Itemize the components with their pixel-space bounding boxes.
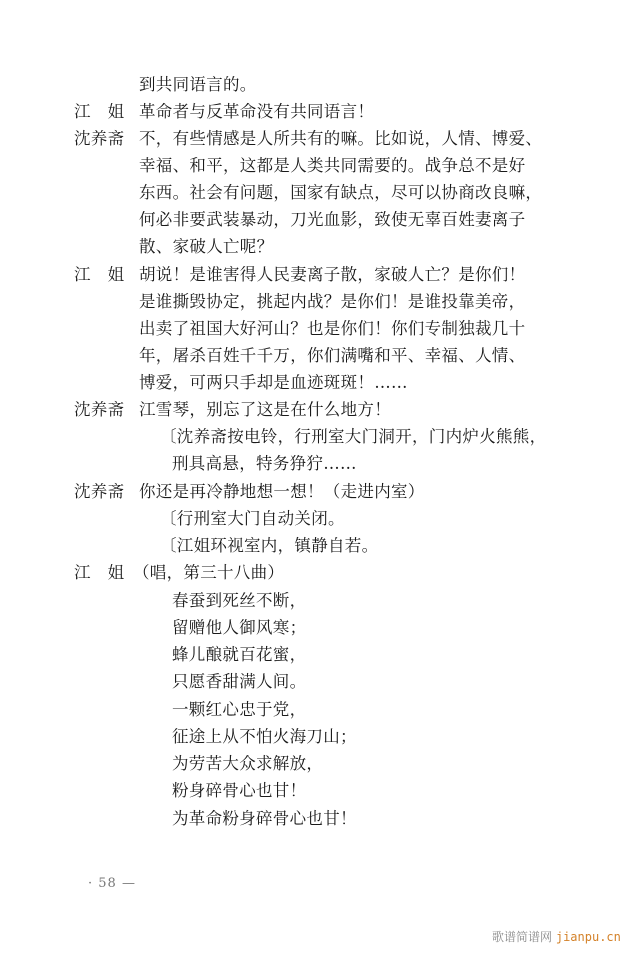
watermark-site: 歌谱简谱网 xyxy=(492,930,552,944)
dialogue-line: 刑具高悬，特务狰狞…… xyxy=(172,453,357,475)
song-lyric-line: 粉身碎骨心也甘！ xyxy=(172,780,306,802)
dialogue-line: 散、家破人亡呢？ xyxy=(139,236,273,258)
dialogue-line: 何必非要武装暴动，刀光血影，致使无辜百姓妻离子 xyxy=(139,209,525,231)
dialogue-line: 胡说！是谁害得人民妻离子散，家破人亡？是你们！ xyxy=(139,264,525,286)
stage-direction: 〔行刑室大门自动关闭。 xyxy=(160,508,345,530)
dialogue-line: 出卖了祖国大好河山？也是你们！你们专制独裁几十 xyxy=(139,318,525,340)
song-lyric-line: 一颗红心忠于党， xyxy=(172,699,306,721)
dialogue-line: 到共同语言的。 xyxy=(139,74,257,96)
speaker-name: 江 姐 xyxy=(74,101,124,123)
stage-direction: 〔沈养斋按电铃，行刑室大门洞开，门内炉火熊熊， xyxy=(160,426,546,448)
song-lyric-line: 为劳苦大众求解放， xyxy=(172,753,323,775)
stage-direction: 〔江姐环视室内，镇静自若。 xyxy=(160,535,378,557)
dialogue-line: 江雪琴，别忘了这是在什么地方！ xyxy=(139,399,391,421)
dialogue-line: 东西。社会有问题，国家有缺点，尽可以协商改良嘛， xyxy=(139,182,542,204)
song-lyric-line: 春蚕到死丝不断， xyxy=(172,590,306,612)
song-lyric-line: 留赠他人御风寒； xyxy=(172,617,306,639)
watermark: 歌谱简谱网 jianpu.cn xyxy=(492,928,621,945)
song-lyric-line: 蜂儿酿就百花蜜， xyxy=(172,644,306,666)
dialogue-line: 革命者与反革命没有共同语言！ xyxy=(139,101,374,123)
page-number: · 58 — xyxy=(88,876,136,891)
watermark-url: jianpu.cn xyxy=(556,930,621,944)
dialogue-line: 博爱，可两只手却是血迹斑斑！…… xyxy=(139,372,408,394)
dialogue-line: （唱，第三十八曲） xyxy=(133,562,284,584)
speaker-name: 沈养斋 xyxy=(74,399,124,421)
speaker-name: 江 姐 xyxy=(74,562,124,584)
dialogue-line: 年，屠杀百姓千千万，你们满嘴和平、幸福、人情、 xyxy=(139,345,525,367)
dialogue-line: 是谁撕毁协定，挑起内战？是你们！是谁投靠美帝， xyxy=(139,291,525,313)
song-lyric-line: 征途上从不怕火海刀山； xyxy=(172,726,357,748)
speaker-name: 江 姐 xyxy=(74,264,124,286)
dialogue-line: 你还是再冷静地想一想！（走进内室） xyxy=(139,481,425,503)
speaker-name: 沈养斋 xyxy=(74,128,124,150)
speaker-name: 沈养斋 xyxy=(74,481,124,503)
dialogue-line: 不，有些情感是人所共有的嘛。比如说，人情、博爱、 xyxy=(139,128,542,150)
song-lyric-line: 只愿香甜满人间。 xyxy=(172,671,306,693)
dialogue-line: 幸福、和平，这都是人类共同需要的。战争总不是好 xyxy=(139,155,525,177)
song-lyric-line: 为革命粉身碎骨心也甘！ xyxy=(172,808,357,830)
